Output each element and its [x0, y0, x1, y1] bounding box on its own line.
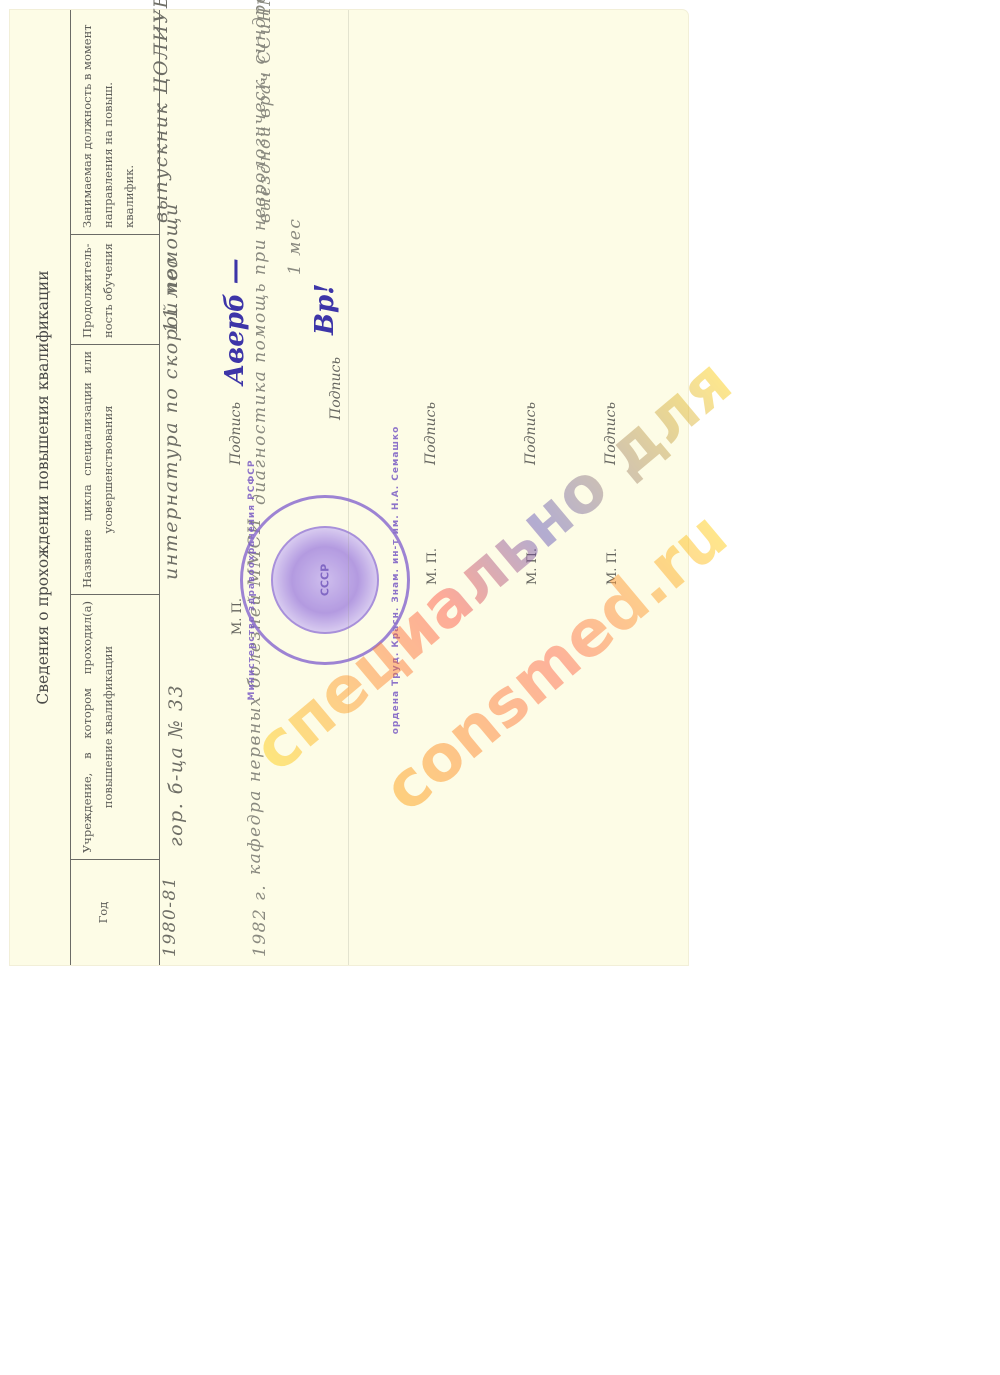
- signature-label: Подпись: [603, 402, 619, 465]
- column-header-position: Занимаемая должность в момент направлени…: [71, 10, 159, 235]
- row-position: выездной врач ССиНМП г. Москвы: [255, 0, 275, 223]
- emblem-icon: СССР: [319, 564, 332, 596]
- signature-label: Подпись: [423, 402, 439, 465]
- signature-1: Авер⁠б —: [220, 258, 250, 385]
- signature-label: Подпись: [523, 402, 539, 465]
- row-year: 1980-81: [160, 876, 180, 957]
- signature-2: Вр!: [310, 283, 340, 335]
- row-year: 1982 г.: [250, 884, 270, 957]
- official-stamp: Министерство здравоохранения РСФСР СССР …: [240, 495, 410, 665]
- column-header-institution: Учреждение, в котором проходил(а) повыше…: [71, 595, 159, 860]
- row-institution: гор. б-ца № 33: [165, 684, 187, 847]
- table-header: Год Учреждение, в котором проходил(а) по…: [70, 10, 160, 965]
- row-position: выпускник ЦОЛИУВ: [150, 0, 172, 223]
- document-page-rotated: Сведения о прохождении повышения квалифи…: [10, 10, 688, 965]
- stamp-place-label: М. П.: [525, 548, 540, 585]
- stamp-place-label: М. П.: [605, 548, 620, 585]
- page-title: Сведения о прохождении повышения квалифи…: [34, 10, 52, 965]
- row-duration: 11 мес: [160, 256, 182, 333]
- row-duration: 1 мес: [285, 218, 305, 275]
- stamp-top-text: Министерство здравоохранения РСФСР: [247, 460, 257, 701]
- stamp-place-label: М. П.: [425, 548, 440, 585]
- column-header-course: Название цикла специализации или усоверш…: [71, 345, 159, 595]
- stamp-bottom-text: ордена Труд. Красн. Знам. ин-т им. Н.А. …: [391, 426, 401, 735]
- signature-label: Подпись: [228, 402, 244, 465]
- signature-label: Подпись: [328, 357, 344, 420]
- column-header-duration: Продолжитель-ность обучения: [71, 235, 159, 345]
- document-page: Сведения о прохождении повышения квалифи…: [10, 10, 688, 965]
- page-fold-line: [348, 10, 349, 965]
- column-header-year: Год: [71, 860, 159, 965]
